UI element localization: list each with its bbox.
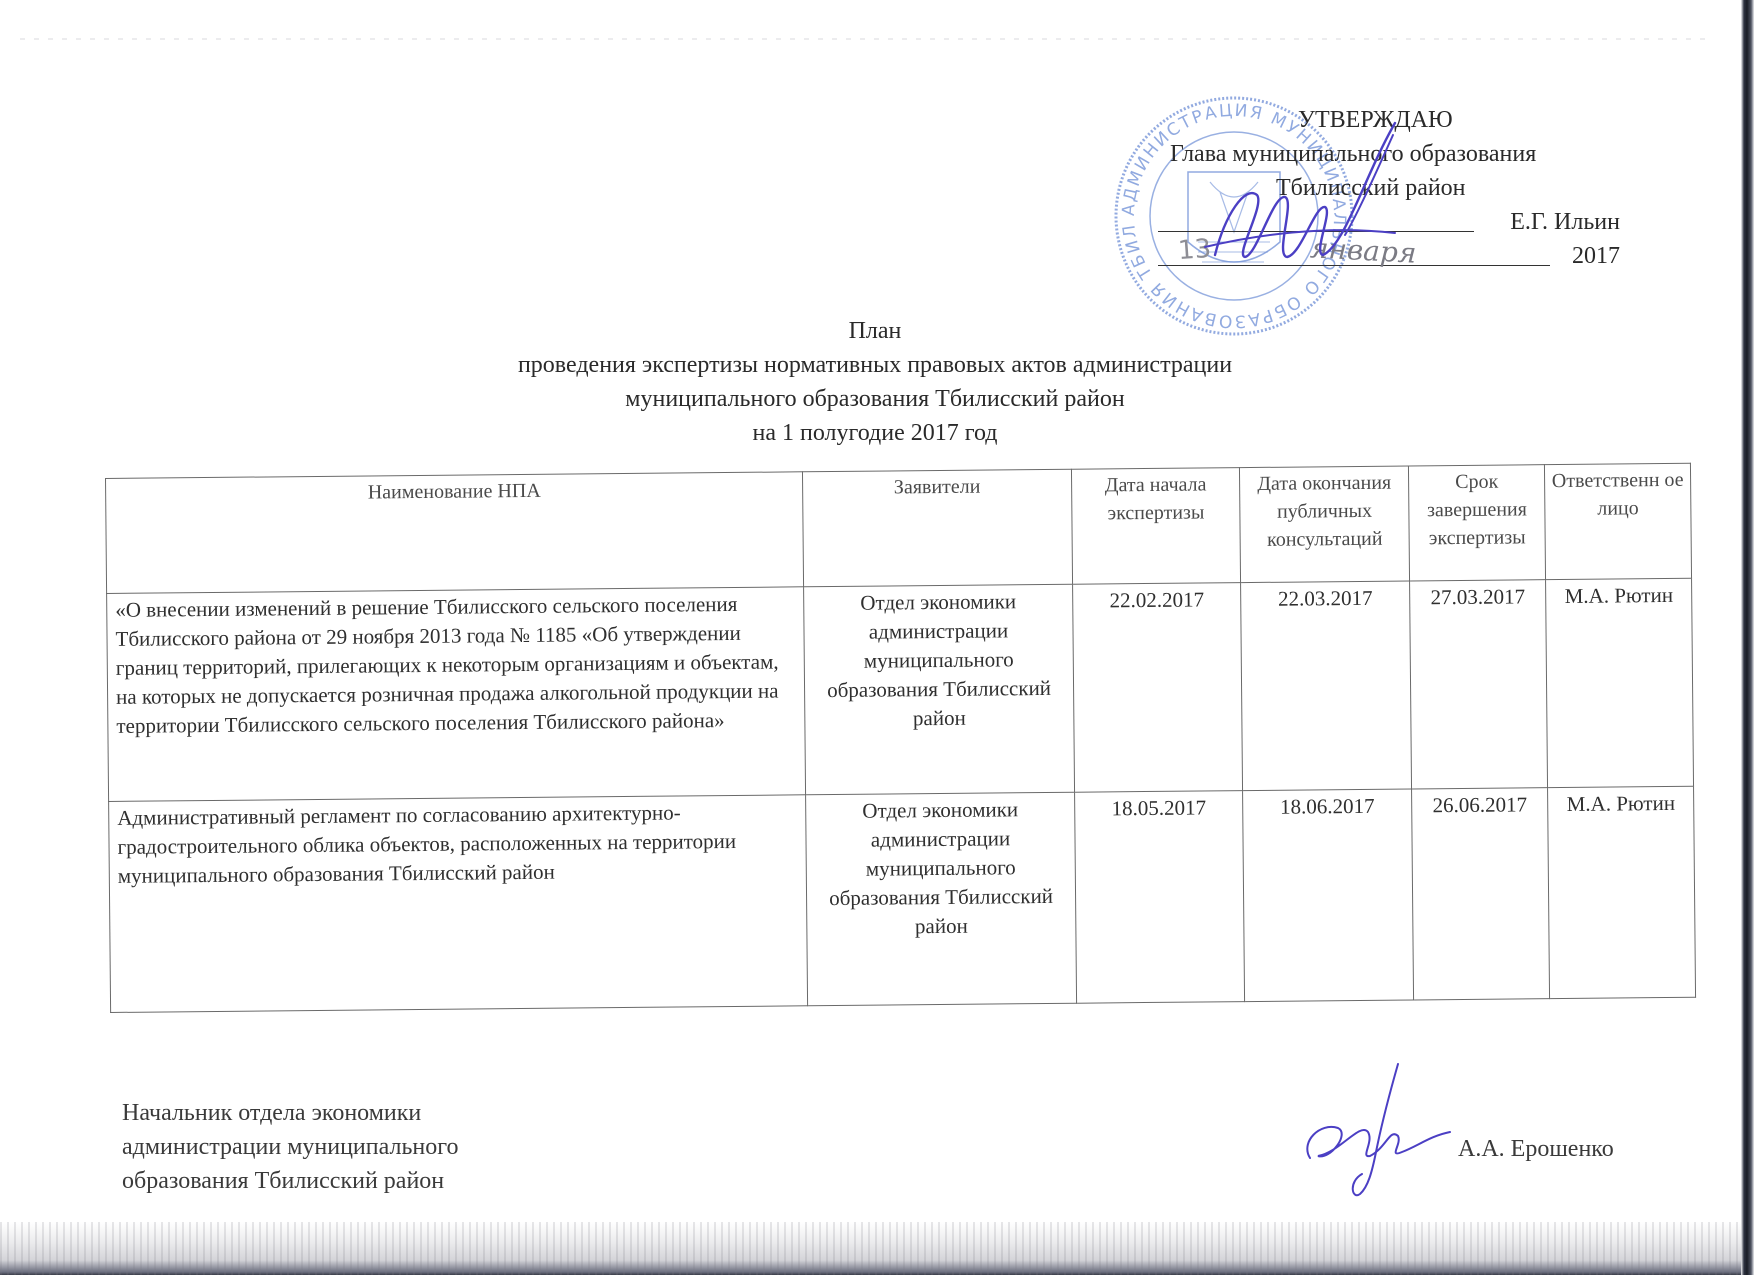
scan-artifact-top <box>20 38 1710 40</box>
approval-role: Глава муниципального образования <box>1170 138 1536 171</box>
footer-position-line: администрации муниципального <box>122 1130 458 1164</box>
cell-start-date: 22.02.2017 <box>1072 583 1243 793</box>
title-line: на 1 полугодие 2017 год <box>400 416 1350 450</box>
scan-artifact-right <box>1741 0 1754 1275</box>
signature-icon <box>1290 1062 1470 1202</box>
cell-start-date: 18.05.2017 <box>1074 791 1245 1004</box>
header-consultation-end: Дата окончания публичных консультаций <box>1240 466 1410 583</box>
title-line: План <box>400 314 1350 348</box>
header-start-date: Дата начала экспертизы <box>1071 468 1241 585</box>
header-applicants: Заявители <box>803 469 1073 587</box>
title-line: проведения экспертизы нормативных правов… <box>400 348 1350 382</box>
cell-completion-deadline: 27.03.2017 <box>1410 580 1548 789</box>
cell-npa-name: «О внесении изменений в решение Тбилисск… <box>107 587 806 802</box>
footer-position-line: образования Тбилисский район <box>122 1164 458 1198</box>
approval-title: УТВЕРЖДАЮ <box>1298 104 1453 137</box>
cell-npa-name: Административный регламент по согласован… <box>109 795 808 1013</box>
title-line: муниципального образования Тбилисский ра… <box>400 382 1350 416</box>
handwritten-day: 13 <box>1177 233 1212 268</box>
scan-artifact-bottom <box>0 1222 1754 1275</box>
table-header-row: Наименование НПА Заявители Дата начала э… <box>106 463 1692 593</box>
cell-consultation-end: 22.03.2017 <box>1241 581 1412 791</box>
approval-organization: Тбилисский район <box>1276 172 1466 205</box>
table-row: Административный регламент по согласован… <box>109 786 1696 1012</box>
header-npa-name: Наименование НПА <box>106 472 804 594</box>
footer-signatory: А.А. Ерошенко <box>1458 1132 1614 1166</box>
table-row: «О внесении изменений в решение Тбилисск… <box>107 578 1694 801</box>
cell-applicant: Отдел экономики администрации муниципаль… <box>804 584 1074 795</box>
cell-consultation-end: 18.06.2017 <box>1243 789 1414 1002</box>
footer-position: Начальник отдела экономики администрации… <box>122 1096 458 1198</box>
footer-position-line: Начальник отдела экономики <box>122 1096 458 1130</box>
header-responsible: Ответственн ое лицо <box>1545 463 1692 579</box>
cell-applicant: Отдел экономики администрации муниципаль… <box>806 792 1077 1006</box>
approval-signatory: Е.Г. Ильин <box>1510 206 1620 239</box>
cell-completion-deadline: 26.06.2017 <box>1411 788 1549 1000</box>
handwritten-month: января <box>1309 231 1417 270</box>
approval-year: 2017 <box>1572 240 1620 273</box>
approval-block: УТВЕРЖДАЮ Глава муниципального образован… <box>1150 100 1620 280</box>
cell-responsible: М.А. Рютин <box>1546 578 1694 787</box>
document-title: План проведения экспертизы нормативных п… <box>400 314 1350 450</box>
cell-responsible: М.А. Рютин <box>1548 786 1696 998</box>
header-completion-deadline: Срок завершения экспертизы <box>1408 465 1545 581</box>
expertise-plan-table: Наименование НПА Заявители Дата начала э… <box>105 463 1696 1013</box>
